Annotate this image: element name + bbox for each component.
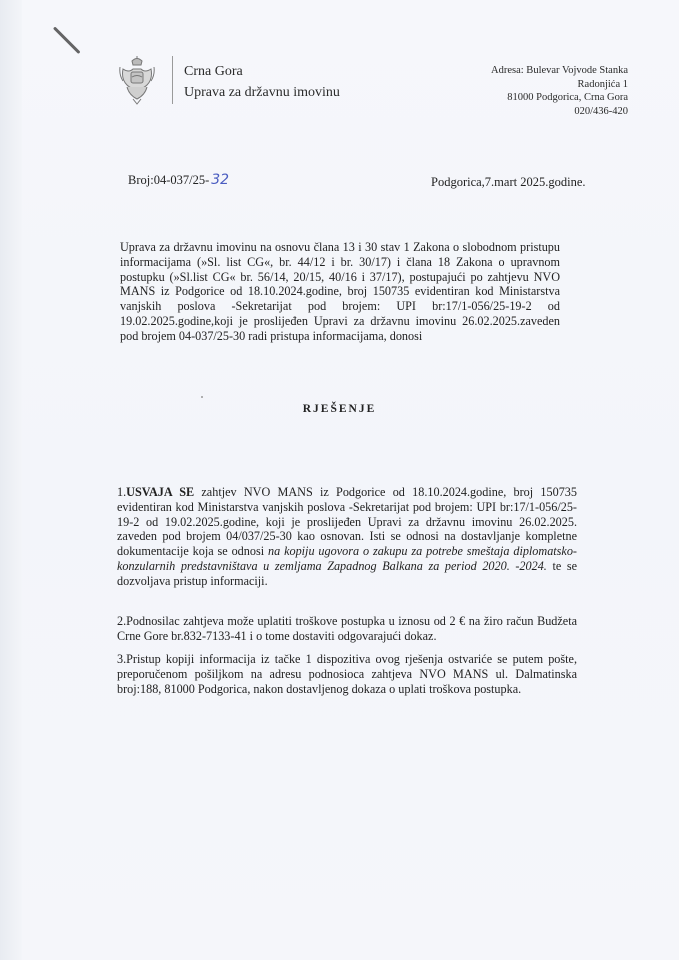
- reference-number: Broj:04-037/25-32: [128, 172, 229, 188]
- phone-number: 020/436-420: [491, 105, 628, 119]
- pen-mark: [53, 26, 81, 54]
- document-page: Crna Gora Uprava za državnu imovinu Adre…: [0, 0, 679, 960]
- decision-item-1: 1.USVAJA SE zahtjev NVO MANS iz Podgoric…: [117, 485, 577, 589]
- intro-paragraph: Uprava za državnu imovinu na osnovu član…: [120, 240, 560, 344]
- decision-title: RJEŠENJE: [0, 403, 679, 415]
- country-name: Crna Gora: [184, 64, 243, 80]
- address-block: Adresa: Bulevar Vojvode Stanka Radonjića…: [491, 64, 628, 118]
- item-text: Pristup kopiji informacija iz tačke 1 di…: [117, 652, 577, 696]
- address-line: 81000 Podgorica, Crna Gora: [491, 91, 628, 105]
- address-line: Adresa: Bulevar Vojvode Stanka: [491, 64, 628, 78]
- header-divider: [172, 56, 173, 104]
- decision-item-3: 3.Pristup kopiji informacija iz tačke 1 …: [117, 652, 577, 696]
- scan-speck: [201, 396, 203, 398]
- organization-name: Uprava za državnu imovinu: [184, 85, 340, 101]
- item-number: 1.: [117, 485, 126, 499]
- decision-item-2: 2.Podnosilac zahtjeva može uplatiti troš…: [117, 614, 577, 644]
- item-number: 3.: [117, 652, 126, 666]
- coat-of-arms-icon: [119, 55, 155, 105]
- item-bold-lead: USVAJA SE: [126, 485, 194, 499]
- place-date: Podgorica,7.mart 2025.godine.: [431, 175, 586, 190]
- item-text: Podnosilac zahtjeva može uplatiti troško…: [117, 614, 577, 643]
- reference-number-prefix: Broj:04-037/25-: [128, 173, 209, 187]
- item-number: 2.: [117, 614, 126, 628]
- address-line: Radonjića 1: [491, 78, 628, 92]
- handwritten-number: 32: [211, 172, 229, 188]
- scan-edge-shadow: [0, 0, 22, 960]
